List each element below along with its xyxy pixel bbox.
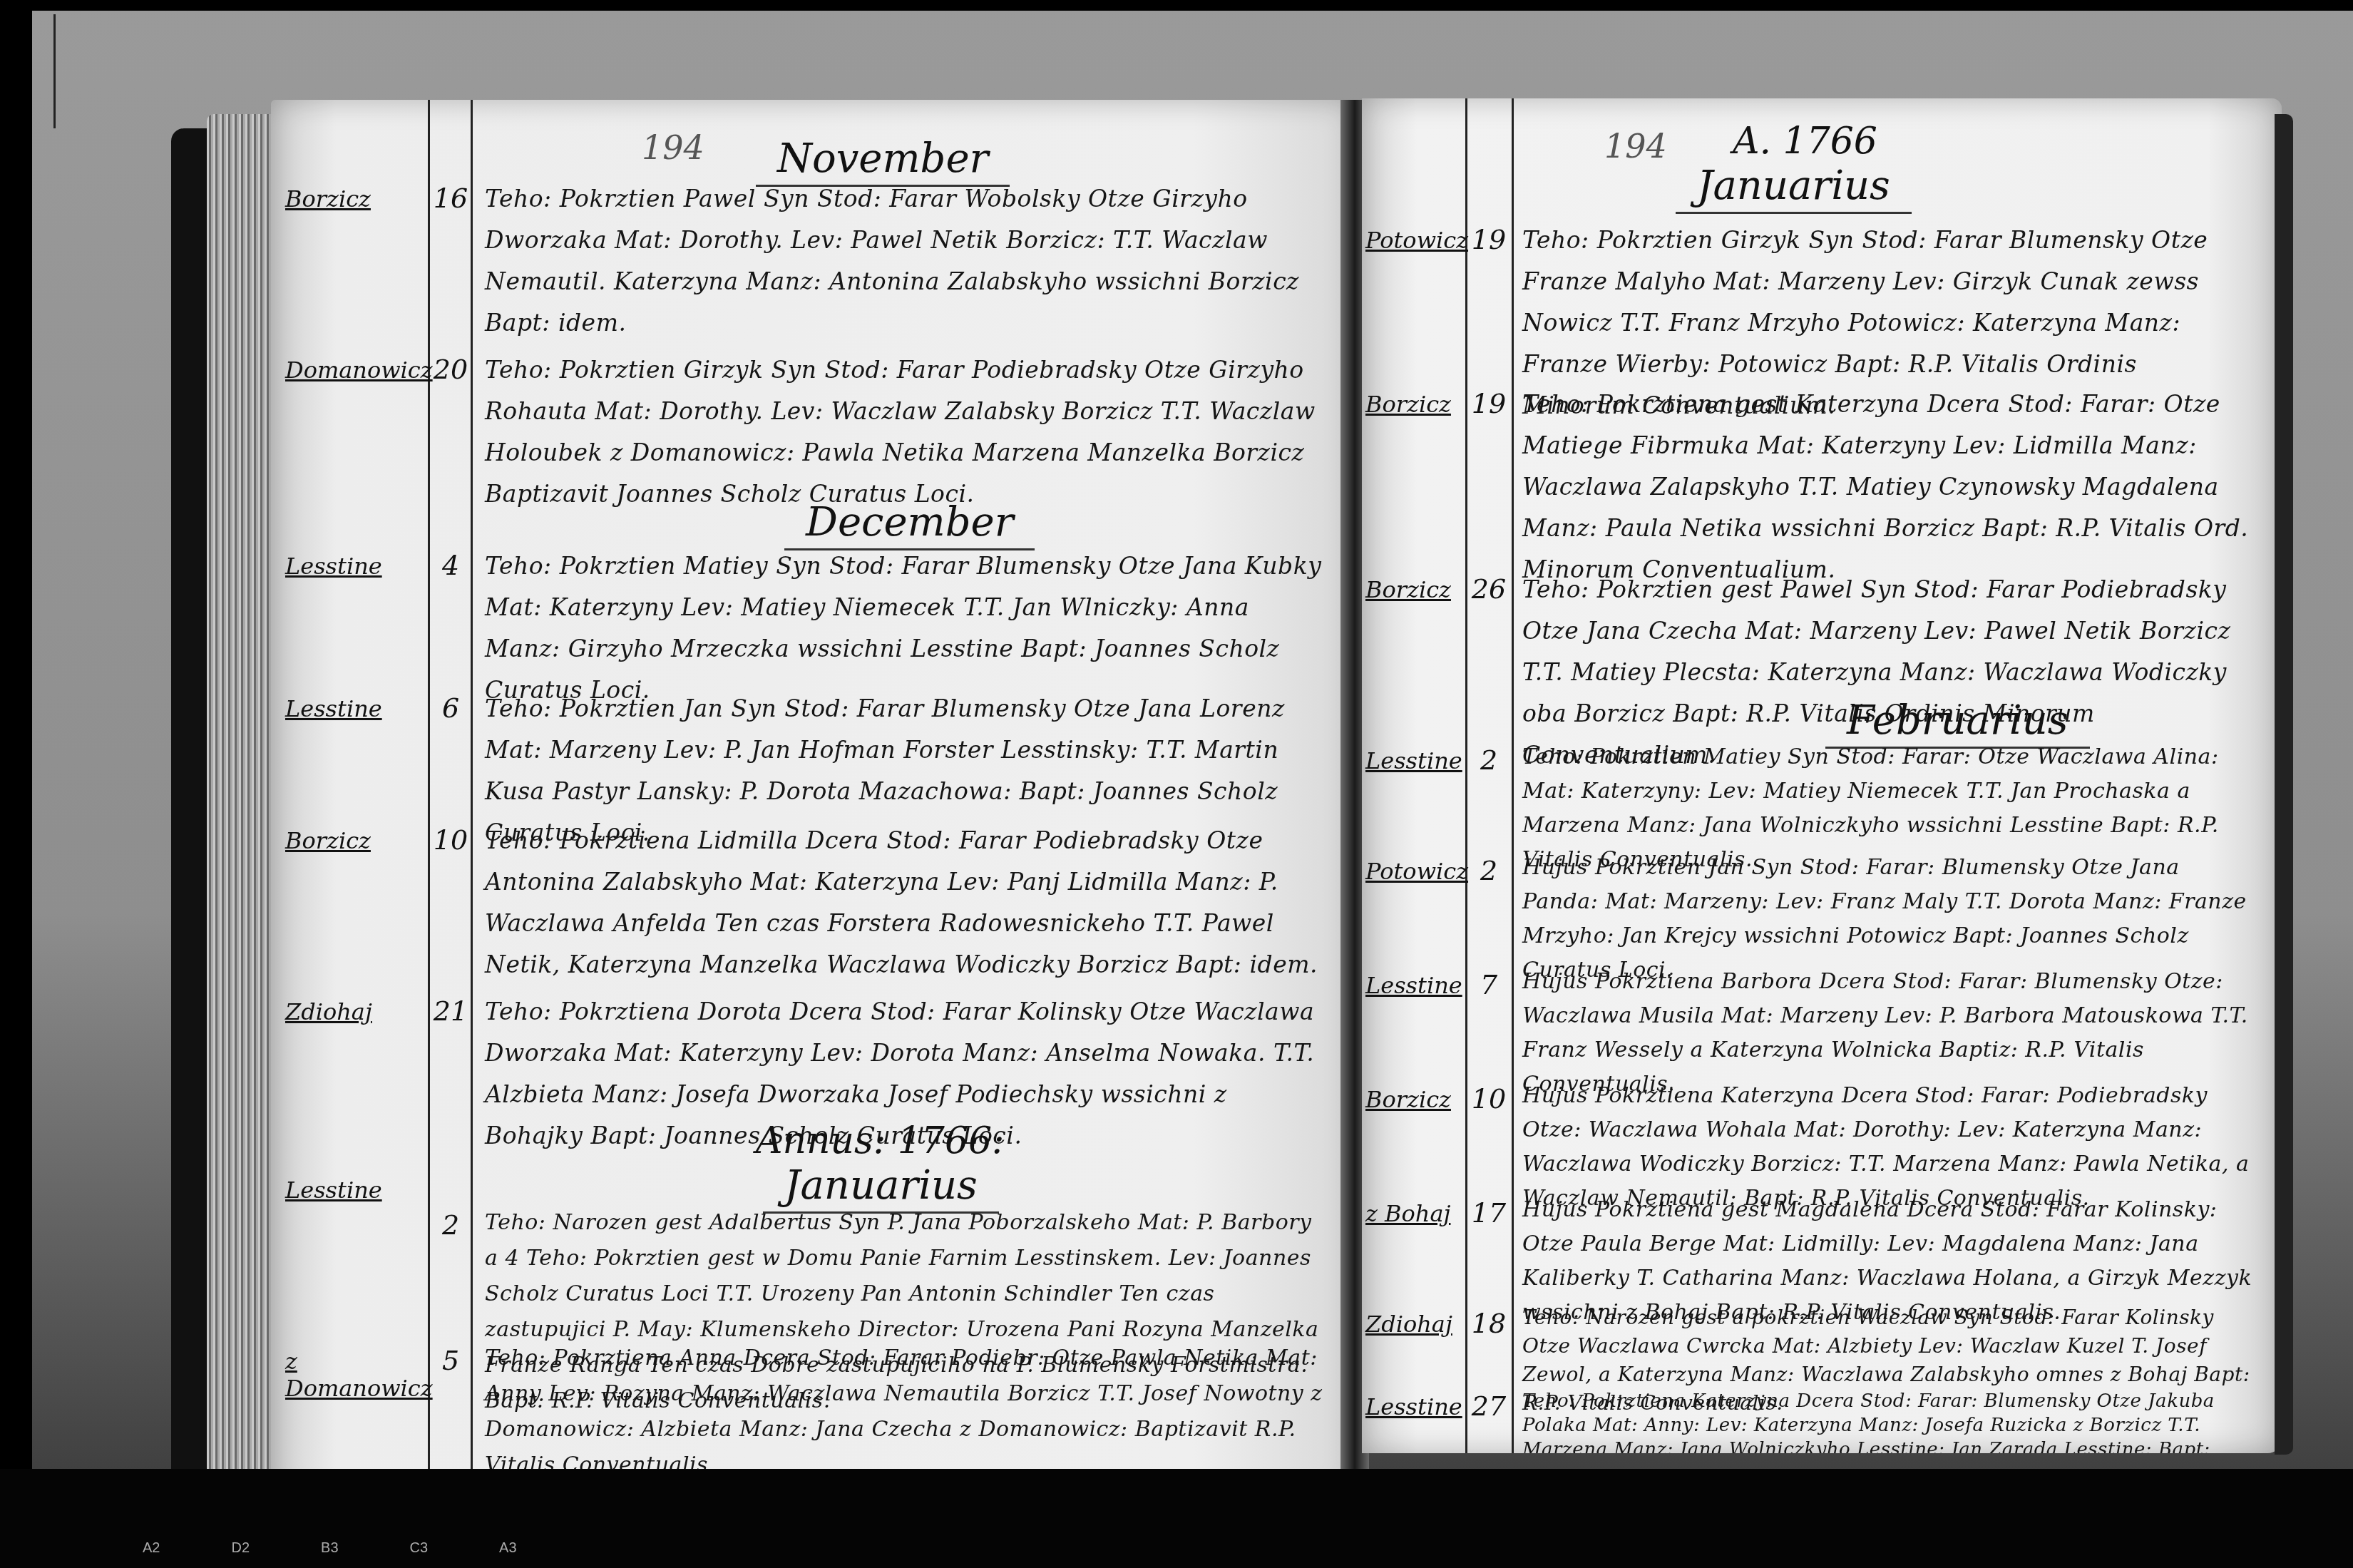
left-page: 194 November Borzicz 16 Teho: Pokrztien …	[271, 100, 1355, 1497]
village-name: z Domanowicz	[285, 1348, 421, 1402]
village-name: z Bohaj	[1365, 1200, 1462, 1227]
day-number: 21	[429, 995, 472, 1027]
right-page: 194 A. 1766 Januarius Potowicz 19 Teho: …	[1362, 98, 2282, 1453]
village-name: Zdiohaj	[1365, 1311, 1462, 1338]
microfilm-frame-marks: A2 D2 B3 C3 A3	[29, 1540, 1996, 1562]
village-name: Lesstine	[285, 1177, 421, 1204]
day-number: 10	[429, 824, 472, 856]
day-number: 4	[429, 550, 472, 581]
column-rule-day	[1512, 98, 1514, 1453]
year-heading: A. 1766	[1733, 120, 1877, 163]
day-number: 2	[1467, 744, 1510, 776]
day-number: 17	[1467, 1197, 1510, 1229]
day-number: 20	[429, 354, 472, 385]
entry-text: Teho: Pokrztien Girzyk Syn Stod: Farar P…	[485, 349, 1326, 515]
day-number: 16	[429, 183, 472, 214]
day-number: 19	[1467, 388, 1510, 419]
entry-text: Teho: Pokrztien Pawel Syn Stod: Farar Wo…	[485, 178, 1326, 344]
column-rule-village	[1465, 98, 1467, 1453]
day-number: 5	[429, 1345, 472, 1376]
day-number: 6	[429, 692, 472, 724]
village-name: Borzicz	[1365, 1086, 1462, 1113]
village-name: Borzicz	[1365, 391, 1462, 418]
day-number: 19	[1467, 224, 1510, 255]
entry-text: Teho: Pokrztiena Anna Dcera Stod: Farar …	[485, 1341, 1326, 1483]
year-heading: Annus: 1766:	[756, 1119, 1005, 1162]
day-number: 7	[1467, 969, 1510, 1000]
register-book: 194 November Borzicz 16 Teho: Pokrztien …	[171, 100, 2260, 1497]
village-name: Lesstine	[1365, 747, 1462, 774]
day-number: 27	[1467, 1390, 1510, 1422]
village-name: Lesstine	[1365, 1393, 1462, 1420]
month-heading: December	[784, 499, 1035, 550]
village-name: Potowicz	[1365, 227, 1462, 254]
page-number: 194	[1604, 127, 1667, 165]
book-cover-right	[2275, 114, 2293, 1455]
day-number: 26	[1467, 573, 1510, 605]
frame-mark: D2	[231, 1540, 250, 1562]
column-rule-village	[428, 100, 430, 1497]
village-name: Potowicz	[1365, 858, 1462, 885]
village-name: Lesstine	[1365, 972, 1462, 999]
day-number: 18	[1467, 1308, 1510, 1339]
frame-mark: C3	[410, 1540, 429, 1562]
village-name: Domanowicz	[285, 357, 421, 384]
entry-text: Teho: Pokrztiena Katerzyna Dcera Stod: F…	[1522, 1389, 2257, 1453]
village-name: Borzicz	[285, 185, 421, 212]
month-heading: Januarius	[1676, 163, 1912, 214]
page-number: 194	[642, 128, 704, 167]
frame-mark: A2	[143, 1540, 160, 1562]
entry-text: Teho: Pokrztien Matiey Syn Stod: Farar B…	[485, 545, 1326, 711]
village-name: Lesstine	[285, 695, 421, 722]
entry-text: Teho: Pokrztiena Lidmilla Dcera Stod: Fa…	[485, 820, 1326, 985]
page-stack-edge	[207, 114, 278, 1497]
column-rule-day	[471, 100, 473, 1497]
village-name: Borzicz	[285, 827, 421, 854]
village-name: Zdiohaj	[285, 998, 421, 1025]
frame-mark: B3	[321, 1540, 338, 1562]
entry-text: Teho: Pokrztiena gest Katerzyna Dcera St…	[1522, 384, 2257, 590]
village-name: Lesstine	[285, 553, 421, 580]
day-number: 2	[1467, 855, 1510, 886]
frame-mark: A3	[499, 1540, 516, 1562]
backdrop-mark	[53, 14, 56, 128]
village-name: Borzicz	[1365, 576, 1462, 603]
day-number: 10	[1467, 1083, 1510, 1114]
day-number: 2	[429, 1209, 472, 1241]
